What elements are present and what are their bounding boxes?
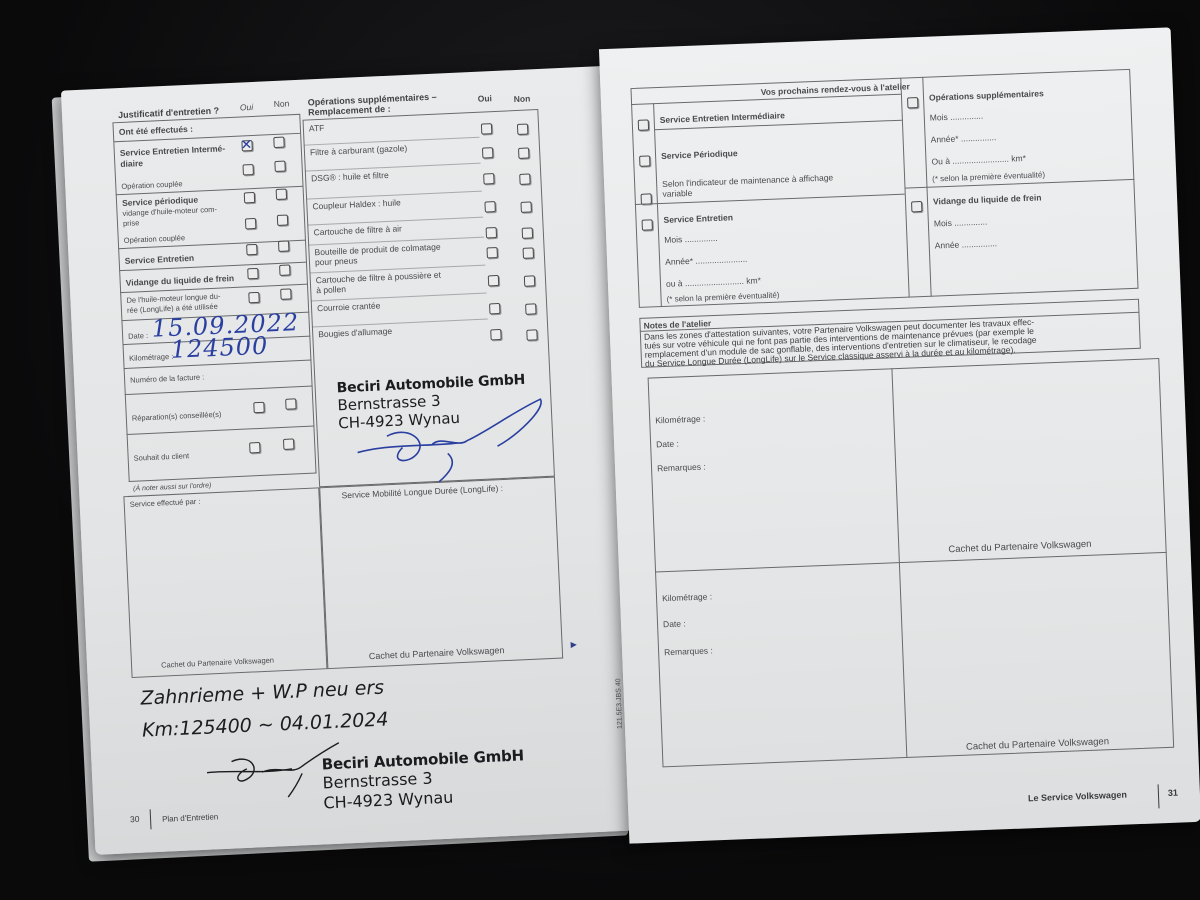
handwritten-line-2: Km:125400 ~ 04.01.2024	[142, 708, 389, 741]
signature-1	[345, 389, 559, 488]
operation-checkbox-oui[interactable]	[488, 275, 499, 286]
checkbox-non-frein[interactable]	[279, 264, 290, 275]
entry1-date-label: Date :	[656, 438, 679, 449]
dealer-stamp-2: Beciri Automobile GmbH Bernstrasse 3 CH-…	[321, 746, 526, 813]
operation-checkbox-oui[interactable]	[486, 247, 497, 258]
entry1-km-label: Kilométrage :	[655, 413, 705, 425]
entretien-mois: Mois ..............	[664, 233, 718, 245]
checkbox-periodique[interactable]	[639, 155, 650, 166]
operation-checkbox-non[interactable]	[519, 173, 530, 184]
col-oui: Oui	[240, 102, 254, 113]
checkbox-oui-client[interactable]	[249, 442, 260, 453]
col-non: Non	[274, 98, 290, 109]
checkbox-non-client[interactable]	[283, 438, 294, 449]
checkbox-non-intermediaire[interactable]	[273, 137, 284, 148]
footer-section-left: Plan d'Entretien	[162, 812, 219, 824]
checkbox-ops-supp[interactable]	[907, 97, 918, 108]
checkbox-oui-periodique[interactable]	[244, 192, 255, 203]
checkbox-oui-intermediaire[interactable]: ✕	[241, 140, 252, 151]
checkbox-oui-couplee-2[interactable]	[245, 218, 256, 229]
km-handwritten: 124500	[170, 332, 269, 364]
note-label: (À noter aussi sur l'ordre)	[133, 482, 212, 493]
checkbox-non-couplee-2[interactable]	[277, 214, 288, 225]
row-periodique-sub: vidange d'huile-moteur com- prise	[122, 205, 217, 229]
checkbox-intermediaire[interactable]	[638, 119, 649, 130]
handwritten-line-1: Zahnrieme + W.P neu ers	[140, 677, 384, 710]
operation-checkbox-oui[interactable]	[490, 329, 501, 340]
operation-checkbox-oui[interactable]	[489, 303, 500, 314]
signature-2	[201, 737, 344, 803]
checkbox-non-couplee-1[interactable]	[274, 161, 285, 172]
checkbox-oui-repairs[interactable]	[253, 402, 264, 413]
entry2-km-label: Kilométrage :	[662, 591, 712, 603]
ops-mois: Mois ..............	[930, 111, 984, 123]
entry1-remarks-label: Remarques :	[657, 461, 706, 473]
date-label: Date :	[128, 331, 148, 341]
next-page-arrow-icon: ▶	[570, 640, 577, 649]
operation-item-label: ATF	[309, 123, 325, 134]
checkbox-oui-longlife[interactable]	[248, 292, 259, 303]
left-page: Justificatif d'entretien ? Oui Non Ont é…	[61, 66, 635, 855]
checkbox-service-entretien[interactable]	[642, 219, 653, 230]
checkmark-x-icon: ✕	[240, 136, 252, 154]
longlife-box	[319, 477, 563, 670]
operation-checkbox-oui[interactable]	[486, 227, 497, 238]
operations-col-oui: Oui	[477, 93, 492, 104]
entry2-date-label: Date :	[663, 618, 686, 629]
footer-separator-right	[1158, 784, 1160, 808]
checkbox-non-repairs[interactable]	[285, 398, 296, 409]
footer-section-right: Le Service Volkswagen	[1028, 790, 1127, 804]
operation-checkbox-non[interactable]	[524, 275, 535, 286]
operation-checkbox-non[interactable]	[525, 303, 536, 314]
checkbox-non-periodique[interactable]	[276, 189, 287, 200]
page-number-left: 30	[130, 814, 140, 824]
operation-checkbox-non[interactable]	[518, 147, 529, 158]
checkbox-oui-entretien[interactable]	[246, 244, 257, 255]
operation-checkbox-non[interactable]	[520, 201, 531, 212]
checkbox-non-longlife[interactable]	[280, 288, 291, 299]
page-number-right: 31	[1168, 788, 1178, 798]
operation-checkbox-non[interactable]	[523, 247, 534, 258]
print-code: 121.5E3.JBS.40	[615, 678, 624, 729]
entry2-remarks-label: Remarques :	[664, 645, 713, 657]
service-by-box	[123, 487, 327, 678]
footer-separator	[150, 809, 152, 829]
checkbox-oui-frein[interactable]	[247, 268, 258, 279]
right-page: Vos prochains rendez-vous à l'atelier Se…	[599, 27, 1200, 843]
operation-checkbox-non[interactable]	[517, 123, 528, 134]
operation-checkbox-oui[interactable]	[484, 201, 495, 212]
checkbox-oui-couplee-1[interactable]	[242, 164, 253, 175]
operation-checkbox-oui[interactable]	[483, 173, 494, 184]
operation-checkbox-non[interactable]	[526, 329, 537, 340]
checkbox-brake-fluid[interactable]	[911, 201, 922, 212]
operation-checkbox-non[interactable]	[522, 227, 533, 238]
checkbox-non-entretien[interactable]	[278, 240, 289, 251]
operations-col-non: Non	[514, 93, 531, 104]
brake-mois: Mois ..............	[934, 216, 988, 228]
operation-checkbox-oui[interactable]	[482, 147, 493, 158]
operation-checkbox-oui[interactable]	[481, 123, 492, 134]
